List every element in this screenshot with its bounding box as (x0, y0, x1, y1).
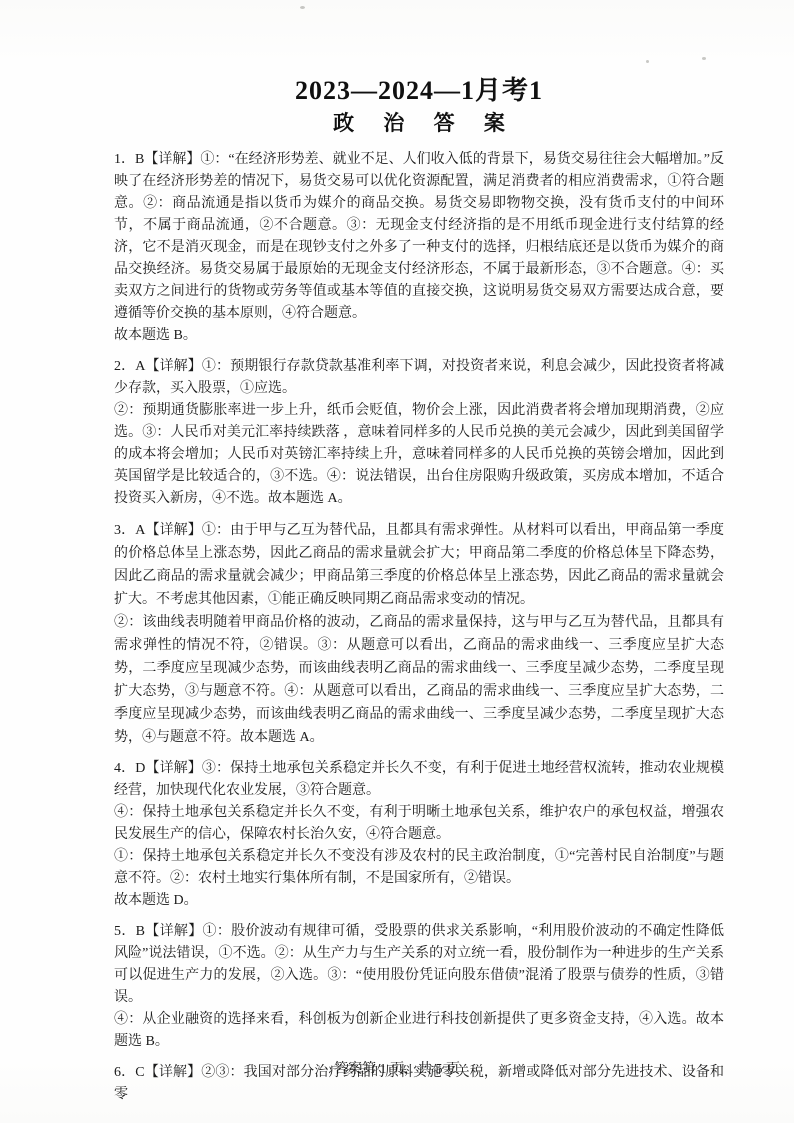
answer-paragraph: ②：预期通货膨胀率进一步上升，纸币会贬值，物价会上涨，因此消费者将会增加现期消费… (114, 400, 724, 510)
answer-paragraph: 2．A【详解】①：预期银行存款贷款基准利率下调，对投资者来说，利息会减少，因此投… (114, 356, 724, 400)
answer-item-2: 2．A【详解】①：预期银行存款贷款基准利率下调，对投资者来说，利息会减少，因此投… (114, 356, 724, 510)
answer-paragraph: ④：从企业融资的选择来看，科创板为创新企业进行科技创新提供了更多资金支持，④入选… (114, 1009, 724, 1053)
answer-paragraph: ④：保持土地承包关系稳定并长久不变，有利于明晰土地承包关系，维护农户的承包权益，… (114, 802, 724, 846)
scan-artifact (702, 57, 706, 60)
page-number-footer: 答案第 1 页，共 5 页 (0, 1058, 794, 1078)
answer-item-5: 5．B【详解】①：股价波动有规律可循，受股票的供求关系影响，“利用股价波动的不确… (114, 921, 724, 1053)
subject-title: 政 治 答 案 (114, 109, 724, 137)
answer-paragraph: 3．A【详解】①：由于甲与乙互为替代品，且都具有需求弹性。从材料可以看出，甲商品… (114, 519, 724, 611)
answer-conclusion: 故本题选 D。 (114, 890, 724, 912)
exam-title: 2023—2024—1月考1 (114, 76, 724, 106)
answer-paragraph: ①：保持土地承包关系稳定并长久不变没有涉及农村的民主政治制度，①“完善村民自治制… (114, 846, 724, 890)
answer-paragraph: 1．B【详解】①：“在经济形势差、就业不足、人们收入低的背景下，易货交易往往会大… (114, 149, 724, 325)
scan-artifact (646, 60, 649, 63)
answer-paragraph: 4．D【详解】③：保持土地承包关系稳定并长久不变，有利于促进土地经营权流转，推动… (114, 758, 724, 802)
scanned-answer-sheet-page: 2023—2024—1月考1 政 治 答 案 1．B【详解】①：“在经济形势差、… (0, 0, 794, 1123)
answer-item-4: 4．D【详解】③：保持土地承包关系稳定并长久不变，有利于促进土地经营权流转，推动… (114, 758, 724, 912)
document-body: 2023—2024—1月考1 政 治 答 案 1．B【详解】①：“在经济形势差、… (114, 76, 724, 1115)
answer-paragraph: 5．B【详解】①：股价波动有规律可循，受股票的供求关系影响，“利用股价波动的不确… (114, 921, 724, 1009)
scan-artifact (300, 6, 305, 9)
answer-item-1: 1．B【详解】①：“在经济形势差、就业不足、人们收入低的背景下，易货交易往往会大… (114, 149, 724, 347)
answer-item-3: 3．A【详解】①：由于甲与乙互为替代品，且都具有需求弹性。从材料可以看出，甲商品… (114, 519, 724, 749)
answer-paragraph: ②：该曲线表明随着甲商品价格的波动，乙商品的需求量保持，这与甲与乙互为替代品，且… (114, 611, 724, 749)
answer-conclusion: 故本题选 B。 (114, 325, 724, 347)
